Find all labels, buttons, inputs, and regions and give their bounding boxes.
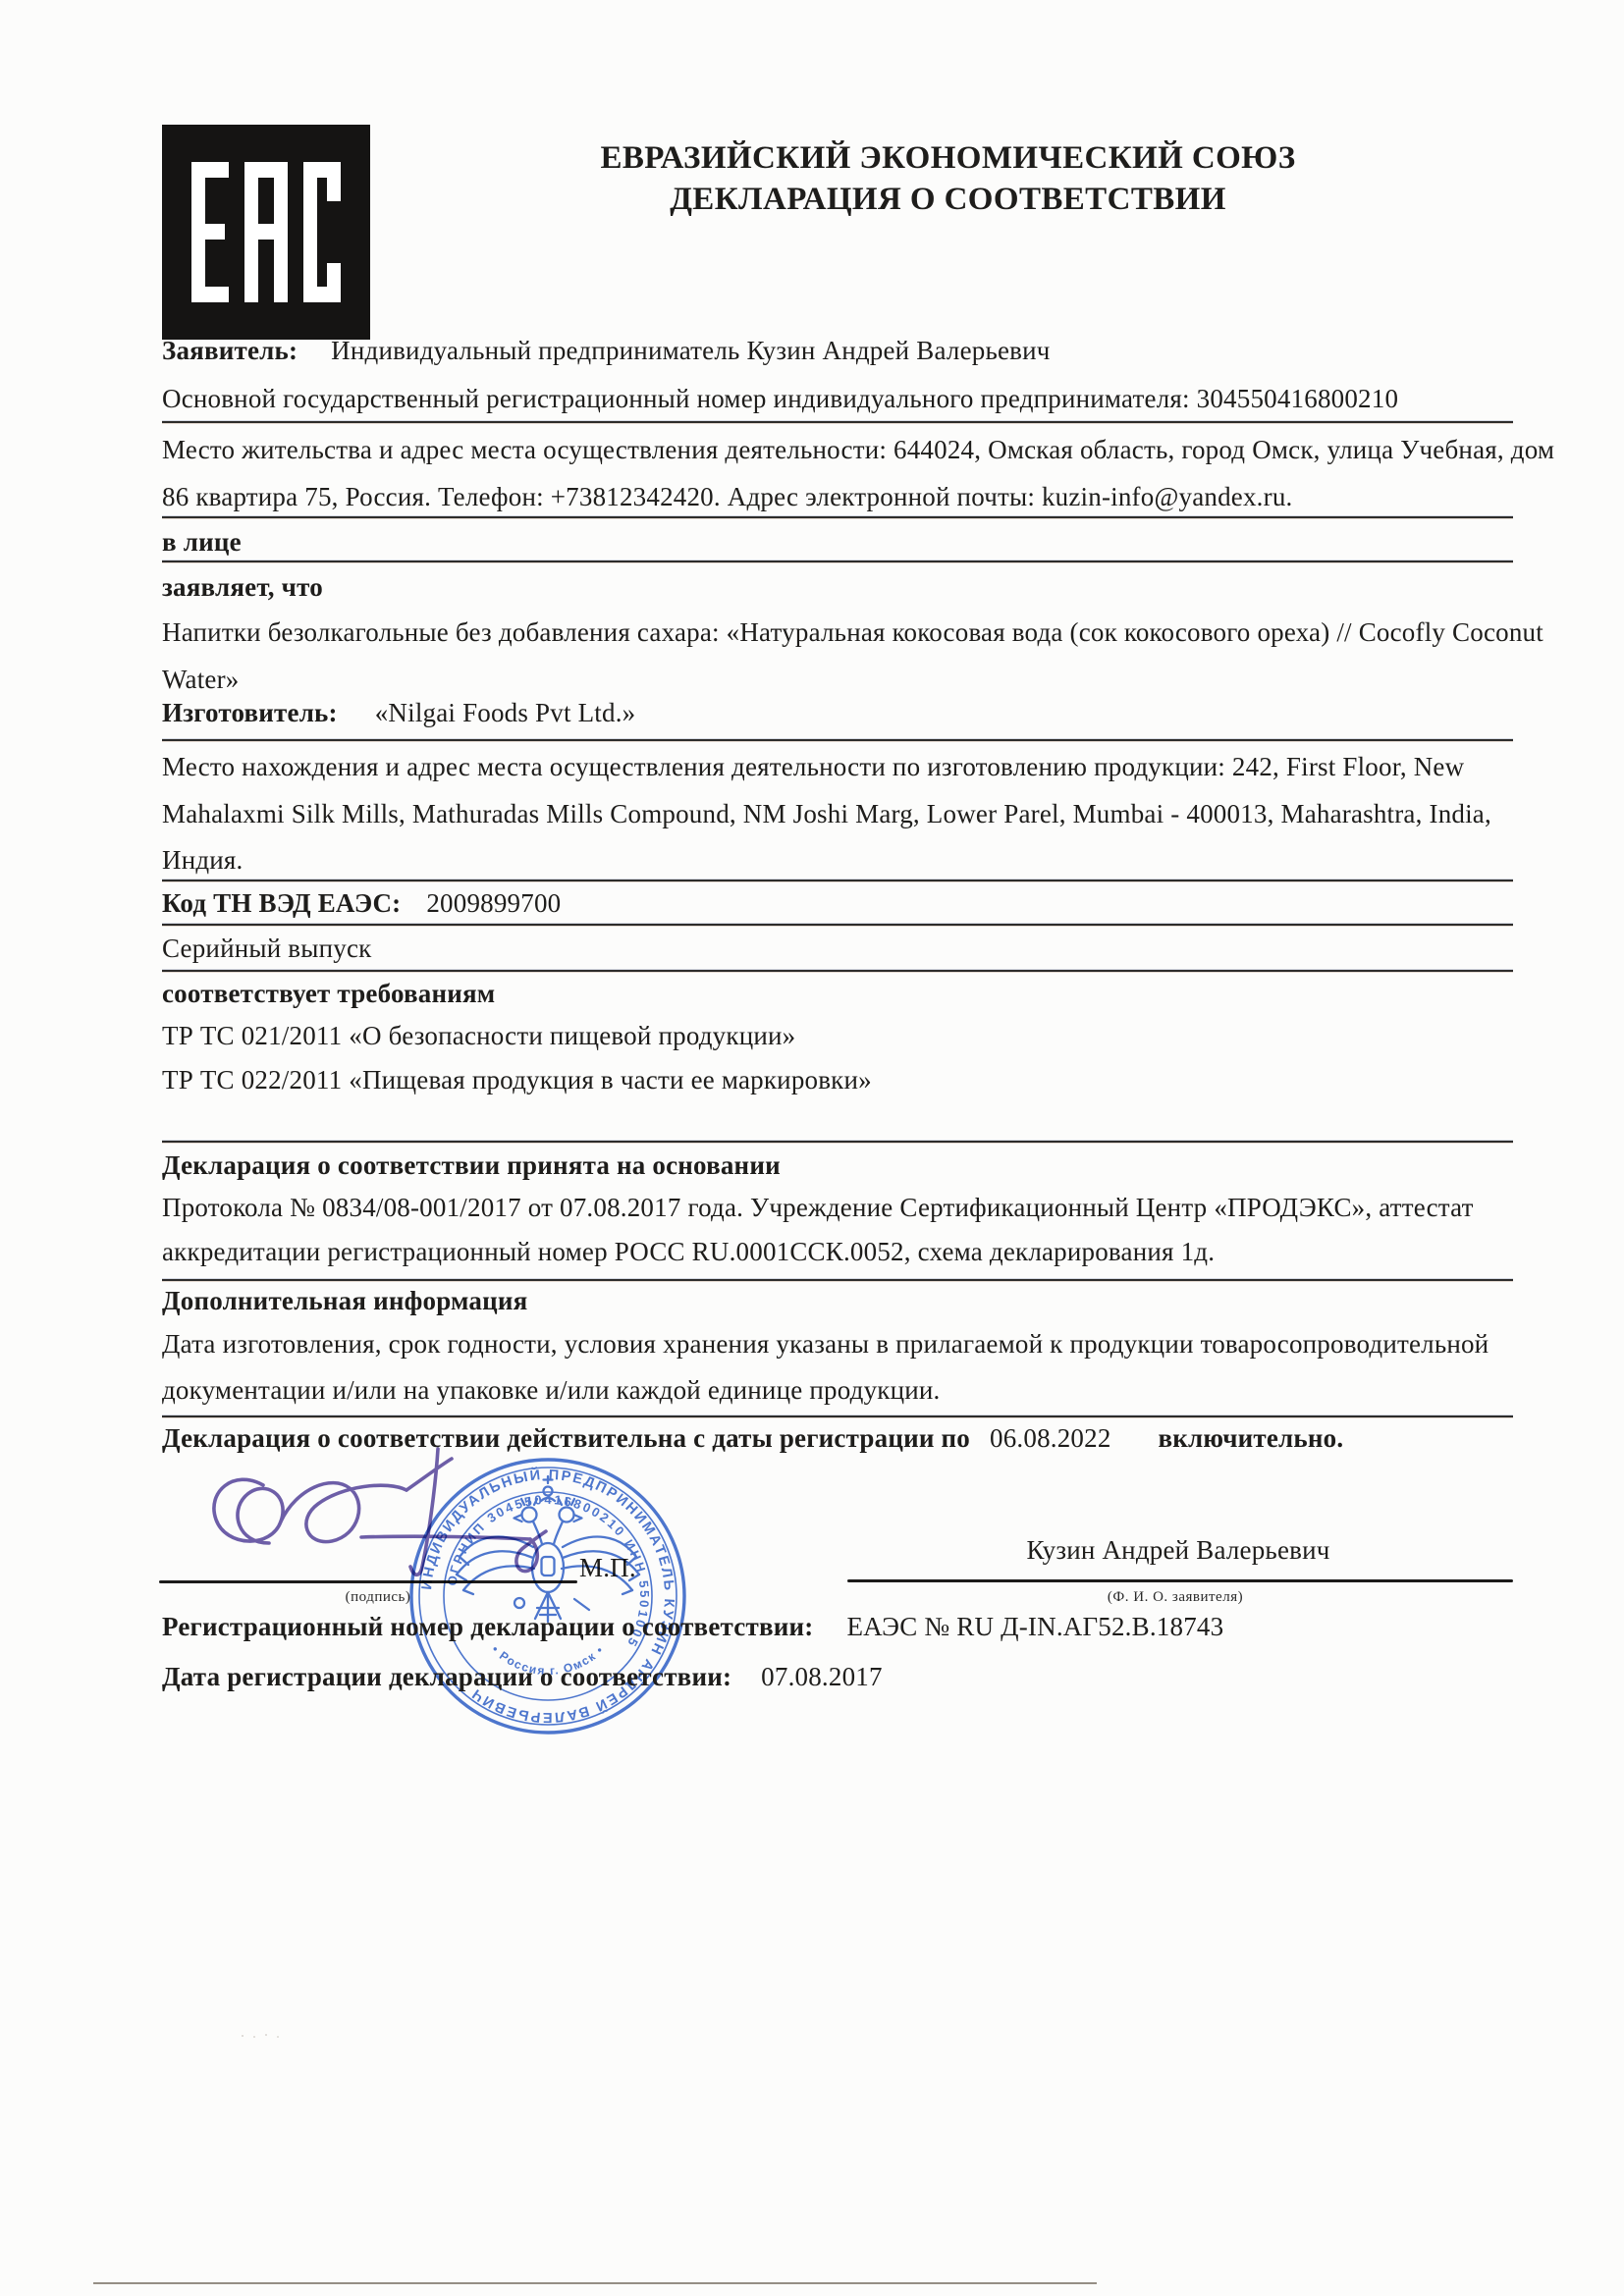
divider (162, 516, 1513, 518)
document-title: ЕВРАЗИЙСКИЙ ЭКОНОМИЧЕСКИЙ СОЮЗ ДЕКЛАРАЦИ… (370, 137, 1526, 220)
residence-line-1: Место жительства и адрес места осуществл… (162, 433, 1554, 466)
regnum-label: Регистрационный номер декларации о соотв… (162, 1612, 813, 1641)
regnum-row: Регистрационный номер декларации о соотв… (162, 1610, 1223, 1643)
divider (162, 970, 1513, 972)
bottom-scan-line (93, 2282, 1097, 2284)
product-line-2: Water» (162, 663, 239, 696)
basis-line-2: аккредитации регистрационный номер РОСС … (162, 1235, 1215, 1268)
divider (162, 1279, 1513, 1281)
fio-name: Кузин Андрей Валерьевич (1021, 1533, 1335, 1567)
mfg-address-line-1: Место нахождения и адрес места осуществл… (162, 750, 1464, 783)
serial-issue-line: Серийный выпуск (162, 932, 371, 965)
fio-line (847, 1579, 1513, 1582)
divider (162, 1141, 1513, 1143)
divider (162, 1415, 1513, 1417)
addinfo-line-2: документации и/или на упаковке и/или каж… (162, 1373, 941, 1407)
divider (162, 421, 1513, 423)
complies-label: соответствует требованиям (162, 977, 495, 1010)
in-person-label: в лице (162, 525, 242, 559)
validity-date: 06.08.2022 (990, 1423, 1111, 1453)
fio-caption: (Ф. И. О. заявителя) (1077, 1588, 1273, 1606)
addinfo-line-1: Дата изготовления, срок годности, услови… (162, 1327, 1489, 1361)
applicant-value: Индивидуальный предприниматель Кузин Анд… (331, 336, 1050, 365)
regnum-value: ЕАЭС № RU Д-IN.АГ52.В.18743 (846, 1612, 1223, 1641)
tr-line-1: ТР ТС 021/2011 «О безопасности пищевой п… (162, 1019, 795, 1052)
title-line-2: ДЕКЛАРАЦИЯ О СООТВЕТСТВИИ (370, 179, 1526, 220)
ogrn-line: Основной государственный регистрационный… (162, 382, 1398, 415)
declaration-document-page: ЕВРАЗИЙСКИЙ ЭКОНОМИЧЕСКИЙ СОЮЗ ДЕКЛАРАЦИ… (0, 0, 1624, 2296)
residence-line-2: 86 квартира 75, Россия. Телефон: +738123… (162, 480, 1292, 513)
divider (162, 880, 1513, 881)
basis-label: Декларация о соответствии принята на осн… (162, 1148, 781, 1182)
divider (162, 924, 1513, 926)
product-line-1: Напитки безолкагольные без добавления са… (162, 615, 1543, 649)
mfg-address-line-2: Mahalaxmi Silk Mills, Mathuradas Mills C… (162, 797, 1491, 830)
mfg-address-line-3: Индия. (162, 843, 244, 877)
stamp-icon: ИНДИВИДУАЛЬНЫЙ ПРЕДПРИНИМАТЕЛЬ КУЗИН АНД… (406, 1454, 690, 1738)
round-stamp: ИНДИВИДУАЛЬНЫЙ ПРЕДПРИНИМАТЕЛЬ КУЗИН АНД… (406, 1454, 690, 1743)
validity-suffix: включительно. (1159, 1423, 1344, 1453)
divider (162, 561, 1513, 562)
manufacturer-value: «Nilgai Foods Pvt Ltd.» (375, 698, 636, 727)
regdate-value: 07.08.2017 (761, 1662, 883, 1691)
divider (162, 739, 1513, 741)
tr-line-2: ТР ТС 022/2011 «Пищевая продукция в част… (162, 1063, 872, 1096)
declares-label: заявляет, что (162, 570, 323, 604)
addinfo-label: Дополнительная информация (162, 1284, 527, 1317)
tnved-label: Код ТН ВЭД ЕАЭС: (162, 888, 401, 918)
manufacturer-label: Изготовитель: (162, 698, 338, 727)
regdate-label: Дата регистрации декларации о соответств… (162, 1662, 731, 1691)
regdate-row: Дата регистрации декларации о соответств… (162, 1660, 883, 1693)
basis-line-1: Протокола № 0834/08-001/2017 от 07.08.20… (162, 1191, 1474, 1224)
manufacturer-row: Изготовитель:«Nilgai Foods Pvt Ltd.» (162, 696, 635, 729)
tnved-value: 2009899700 (426, 888, 561, 918)
scan-artifact (239, 2033, 284, 2039)
title-line-1: ЕВРАЗИЙСКИЙ ЭКОНОМИЧЕСКИЙ СОЮЗ (370, 137, 1526, 179)
eac-mark-icon (162, 125, 370, 340)
applicant-label: Заявитель: (162, 336, 298, 365)
applicant-row: Заявитель:Индивидуальный предприниматель… (162, 334, 1051, 367)
eac-logo (162, 125, 370, 345)
tnved-row: Код ТН ВЭД ЕАЭС:2009899700 (162, 886, 561, 920)
